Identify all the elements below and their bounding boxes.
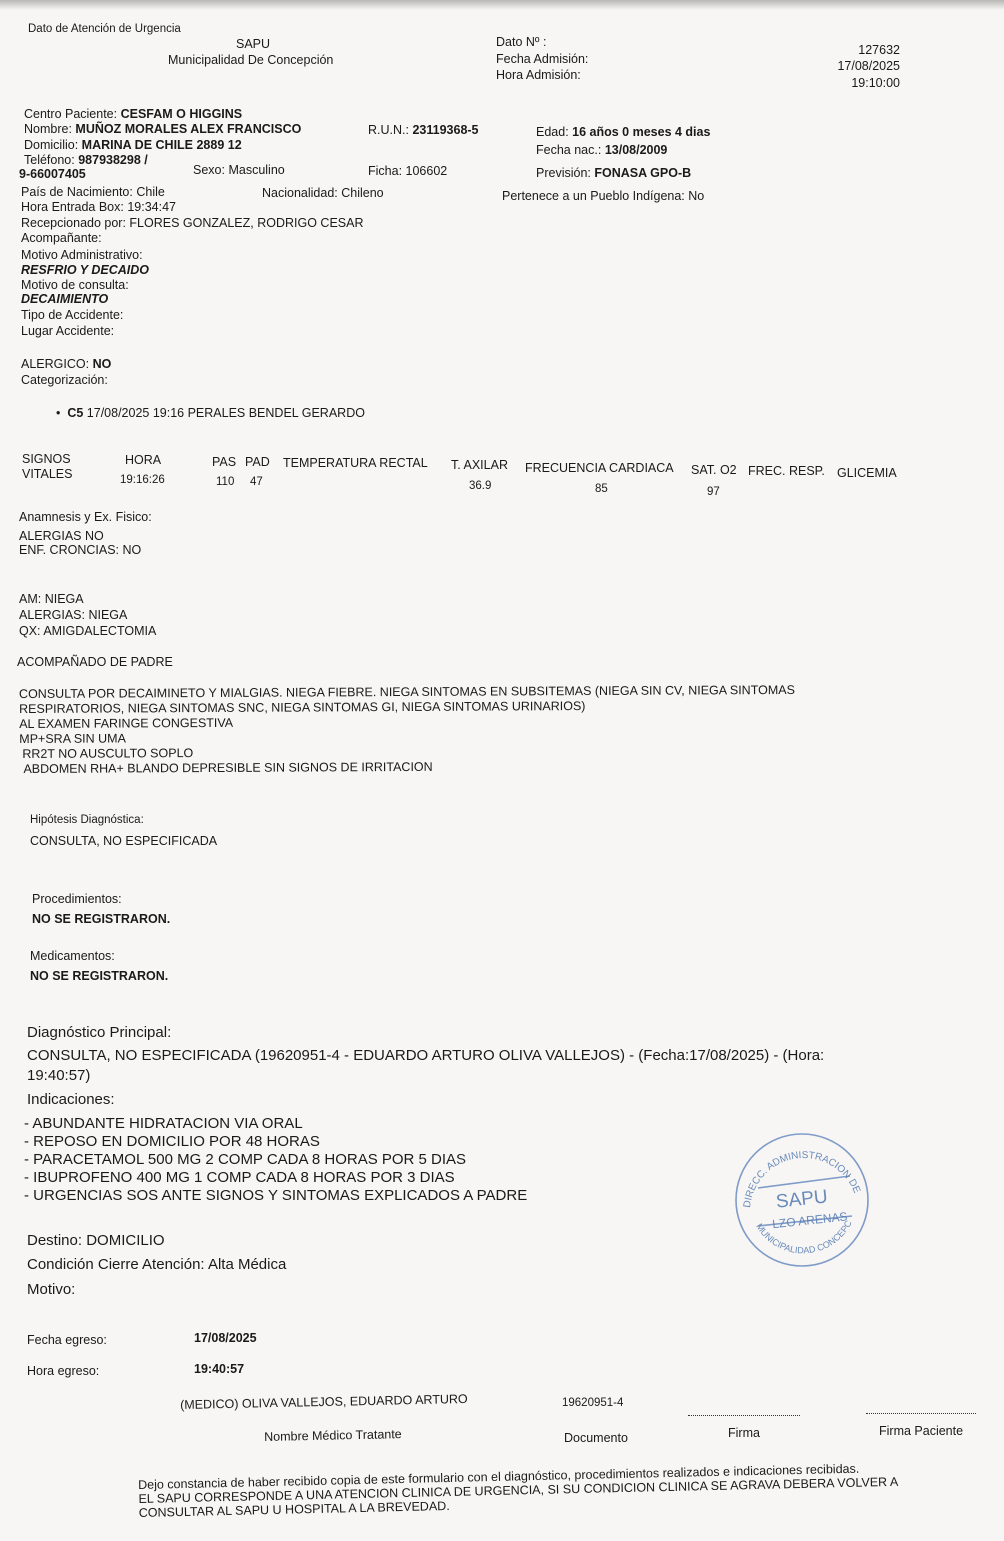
medico-label: Nombre Médico Tratante bbox=[264, 1427, 402, 1444]
documento-label: Documento bbox=[564, 1431, 628, 1445]
domicilio-field: Domicilio: MARINA DE CHILE 2889 12 bbox=[24, 138, 242, 152]
prevision-field: Previsión: FONASA GPO-B bbox=[536, 166, 691, 180]
categorizacion-label: Categorización: bbox=[21, 373, 108, 387]
footer-disclaimer: Dejo constancia de haber recibido copia … bbox=[138, 1461, 899, 1520]
anamnesis-label: Anamnesis y Ex. Fisico: bbox=[19, 510, 152, 524]
diagnostico-line-1: CONSULTA, NO ESPECIFICADA (19620951-4 - … bbox=[27, 1047, 824, 1064]
indicacion-item: - REPOSO EN DOMICILIO POR 48 HORAS bbox=[24, 1133, 527, 1151]
vitals-value-pas: 110 bbox=[216, 476, 234, 488]
fecha-admision-value: 17/08/2025 bbox=[837, 59, 900, 73]
vitals-value-pad: 47 bbox=[250, 476, 263, 488]
indicaciones-list: - ABUNDANTE HIDRATACION VIA ORAL - REPOS… bbox=[24, 1115, 527, 1205]
categorizacion-item: • C5 17/08/2025 19:16 PERALES BENDEL GER… bbox=[56, 406, 365, 420]
sapu-stamp: DIRECC. ADMINISTRACION DE SALUD SAPU LZO… bbox=[732, 1130, 872, 1270]
motivo-admin-value: RESFRIO Y DECAIDO bbox=[21, 263, 149, 277]
firma-label: Firma bbox=[728, 1426, 760, 1440]
condicion-cierre-field: Condición Cierre Atención: Alta Médica bbox=[27, 1256, 286, 1273]
firma-line bbox=[688, 1415, 800, 1416]
indicacion-item: - PARACETAMOL 500 MG 2 COMP CADA 8 HORAS… bbox=[24, 1151, 527, 1169]
motivo-admin-label: Motivo Administrativo: bbox=[21, 248, 143, 262]
org-name: SAPU bbox=[236, 37, 270, 51]
nombre-field: Nombre: MUÑOZ MORALES ALEX FRANCISCO bbox=[24, 122, 301, 136]
motivo-consulta-value: DECAIMIENTO bbox=[21, 292, 108, 306]
nacionalidad-field: Nacionalidad: Chileno bbox=[262, 186, 384, 200]
svg-text:LZO ARENAS: LZO ARENAS bbox=[772, 1209, 848, 1231]
acompanante-label: Acompañante: bbox=[21, 231, 102, 245]
lugar-accidente-label: Lugar Accidente: bbox=[21, 324, 114, 338]
sexo-field: Sexo: Masculino bbox=[193, 163, 285, 177]
svg-text:SAPU: SAPU bbox=[775, 1186, 829, 1212]
scan-edge-shadow bbox=[0, 0, 1004, 10]
fecha-egreso-value: 17/08/2025 bbox=[194, 1331, 257, 1345]
telefono-field: Teléfono: 987938298 / bbox=[24, 153, 148, 167]
pueblo-indigena-field: Pertenece a un Pueblo Indígena: No bbox=[502, 189, 704, 203]
centro-paciente-field: Centro Paciente: CESFAM O HIGGINS bbox=[24, 107, 242, 121]
anamnesis-lines-a: ALERGIAS NO ENF. CRONCIAS: NO bbox=[19, 529, 141, 557]
tipo-accidente-label: Tipo de Accidente: bbox=[21, 308, 123, 322]
vitals-header-pad: PAD bbox=[245, 455, 270, 469]
motivo-cierre-label: Motivo: bbox=[27, 1281, 75, 1298]
fecha-nac-field: Fecha nac.: 13/08/2009 bbox=[536, 143, 667, 157]
motivo-consulta-label: Motivo de consulta: bbox=[21, 278, 129, 292]
indicacion-item: - URGENCIAS SOS ANTE SIGNOS Y SINTOMAS E… bbox=[24, 1187, 527, 1205]
pais-field: País de Nacimiento: Chile bbox=[21, 185, 165, 199]
telefono-value-2: 9-66007405 bbox=[19, 167, 86, 181]
vitals-header-sat-o2: SAT. O2 bbox=[691, 463, 737, 477]
diagnostico-label: Diagnóstico Principal: bbox=[27, 1024, 171, 1041]
vitals-value-fc: 85 bbox=[595, 483, 608, 495]
vitals-title: SIGNOSVITALES bbox=[22, 452, 72, 482]
vitals-header-fc: FRECUENCIA CARDIACA bbox=[525, 461, 674, 475]
vitals-value-hora: 19:16:26 bbox=[120, 474, 165, 486]
hora-egreso-value: 19:40:57 bbox=[194, 1362, 244, 1376]
firma-paciente-label: Firma Paciente bbox=[879, 1424, 963, 1438]
hipotesis-value: CONSULTA, NO ESPECIFICADA bbox=[30, 834, 217, 848]
dato-label: Dato Nº : bbox=[496, 35, 546, 49]
hora-box-field: Hora Entrada Box: 19:34:47 bbox=[21, 200, 176, 214]
documento-value: 19620951-4 bbox=[562, 1397, 623, 1409]
indicaciones-label: Indicaciones: bbox=[27, 1091, 115, 1108]
recepcionado-field: Recepcionado por: FLORES GONZALEZ, RODRI… bbox=[21, 216, 364, 230]
vitals-header-hora: HORA bbox=[125, 453, 161, 467]
fecha-egreso-label: Fecha egreso: bbox=[27, 1333, 107, 1347]
alergico-field: ALERGICO: NO bbox=[21, 357, 111, 371]
medicamentos-value: NO SE REGISTRARON. bbox=[30, 969, 168, 983]
run-field: R.U.N.: 23119368-5 bbox=[368, 123, 479, 137]
vitals-header-temp-rectal: TEMPERATURA RECTAL bbox=[283, 456, 428, 470]
medicamentos-label: Medicamentos: bbox=[30, 949, 115, 963]
ficha-field: Ficha: 106602 bbox=[368, 164, 447, 178]
edad-field: Edad: 16 años 0 meses 4 dias bbox=[536, 125, 710, 139]
diagnostico-line-2: 19:40:57) bbox=[27, 1067, 90, 1084]
procedimientos-label: Procedimientos: bbox=[32, 892, 122, 906]
vitals-header-glicemia: GLICEMIA bbox=[837, 466, 897, 480]
document-title: Dato de Atención de Urgencia bbox=[28, 23, 181, 35]
hora-admision-label: Hora Admisión: bbox=[496, 68, 581, 82]
vitals-value-t-axilar: 36.9 bbox=[469, 480, 491, 492]
anamnesis-lines-b: AM: NIEGA ALERGIAS: NIEGA QX: AMIGDALECT… bbox=[19, 591, 156, 639]
vitals-value-sat-o2: 97 bbox=[707, 486, 720, 498]
vitals-header-frec-resp: FREC. RESP. bbox=[748, 464, 825, 478]
procedimientos-value: NO SE REGISTRARON. bbox=[32, 912, 170, 926]
hora-admision-value: 19:10:00 bbox=[851, 76, 900, 90]
hora-egreso-label: Hora egreso: bbox=[27, 1364, 99, 1378]
fecha-admision-label: Fecha Admisión: bbox=[496, 52, 588, 66]
vitals-header-pas: PAS bbox=[212, 455, 236, 469]
municipality-name: Municipalidad De Concepción bbox=[168, 53, 333, 67]
destino-field: Destino: DOMICILIO bbox=[27, 1232, 165, 1249]
acompanado-text: ACOMPAÑADO DE PADRE bbox=[17, 655, 173, 669]
indicacion-item: - IBUPROFENO 400 MG 1 COMP CADA 8 HORAS … bbox=[24, 1169, 527, 1187]
vitals-header-t-axilar: T. AXILAR bbox=[451, 458, 508, 472]
hipotesis-label: Hipótesis Diagnóstica: bbox=[30, 814, 144, 826]
indicacion-item: - ABUNDANTE HIDRATACION VIA ORAL bbox=[24, 1115, 527, 1133]
medico-name: (MEDICO) OLIVA VALLEJOS, EDUARDO ARTURO bbox=[180, 1392, 468, 1412]
dato-number: 127632 bbox=[858, 43, 900, 57]
firma-paciente-line bbox=[866, 1413, 976, 1414]
exam-findings: CONSULTA POR DECAIMINETO Y MIALGIAS. NIE… bbox=[19, 683, 795, 777]
